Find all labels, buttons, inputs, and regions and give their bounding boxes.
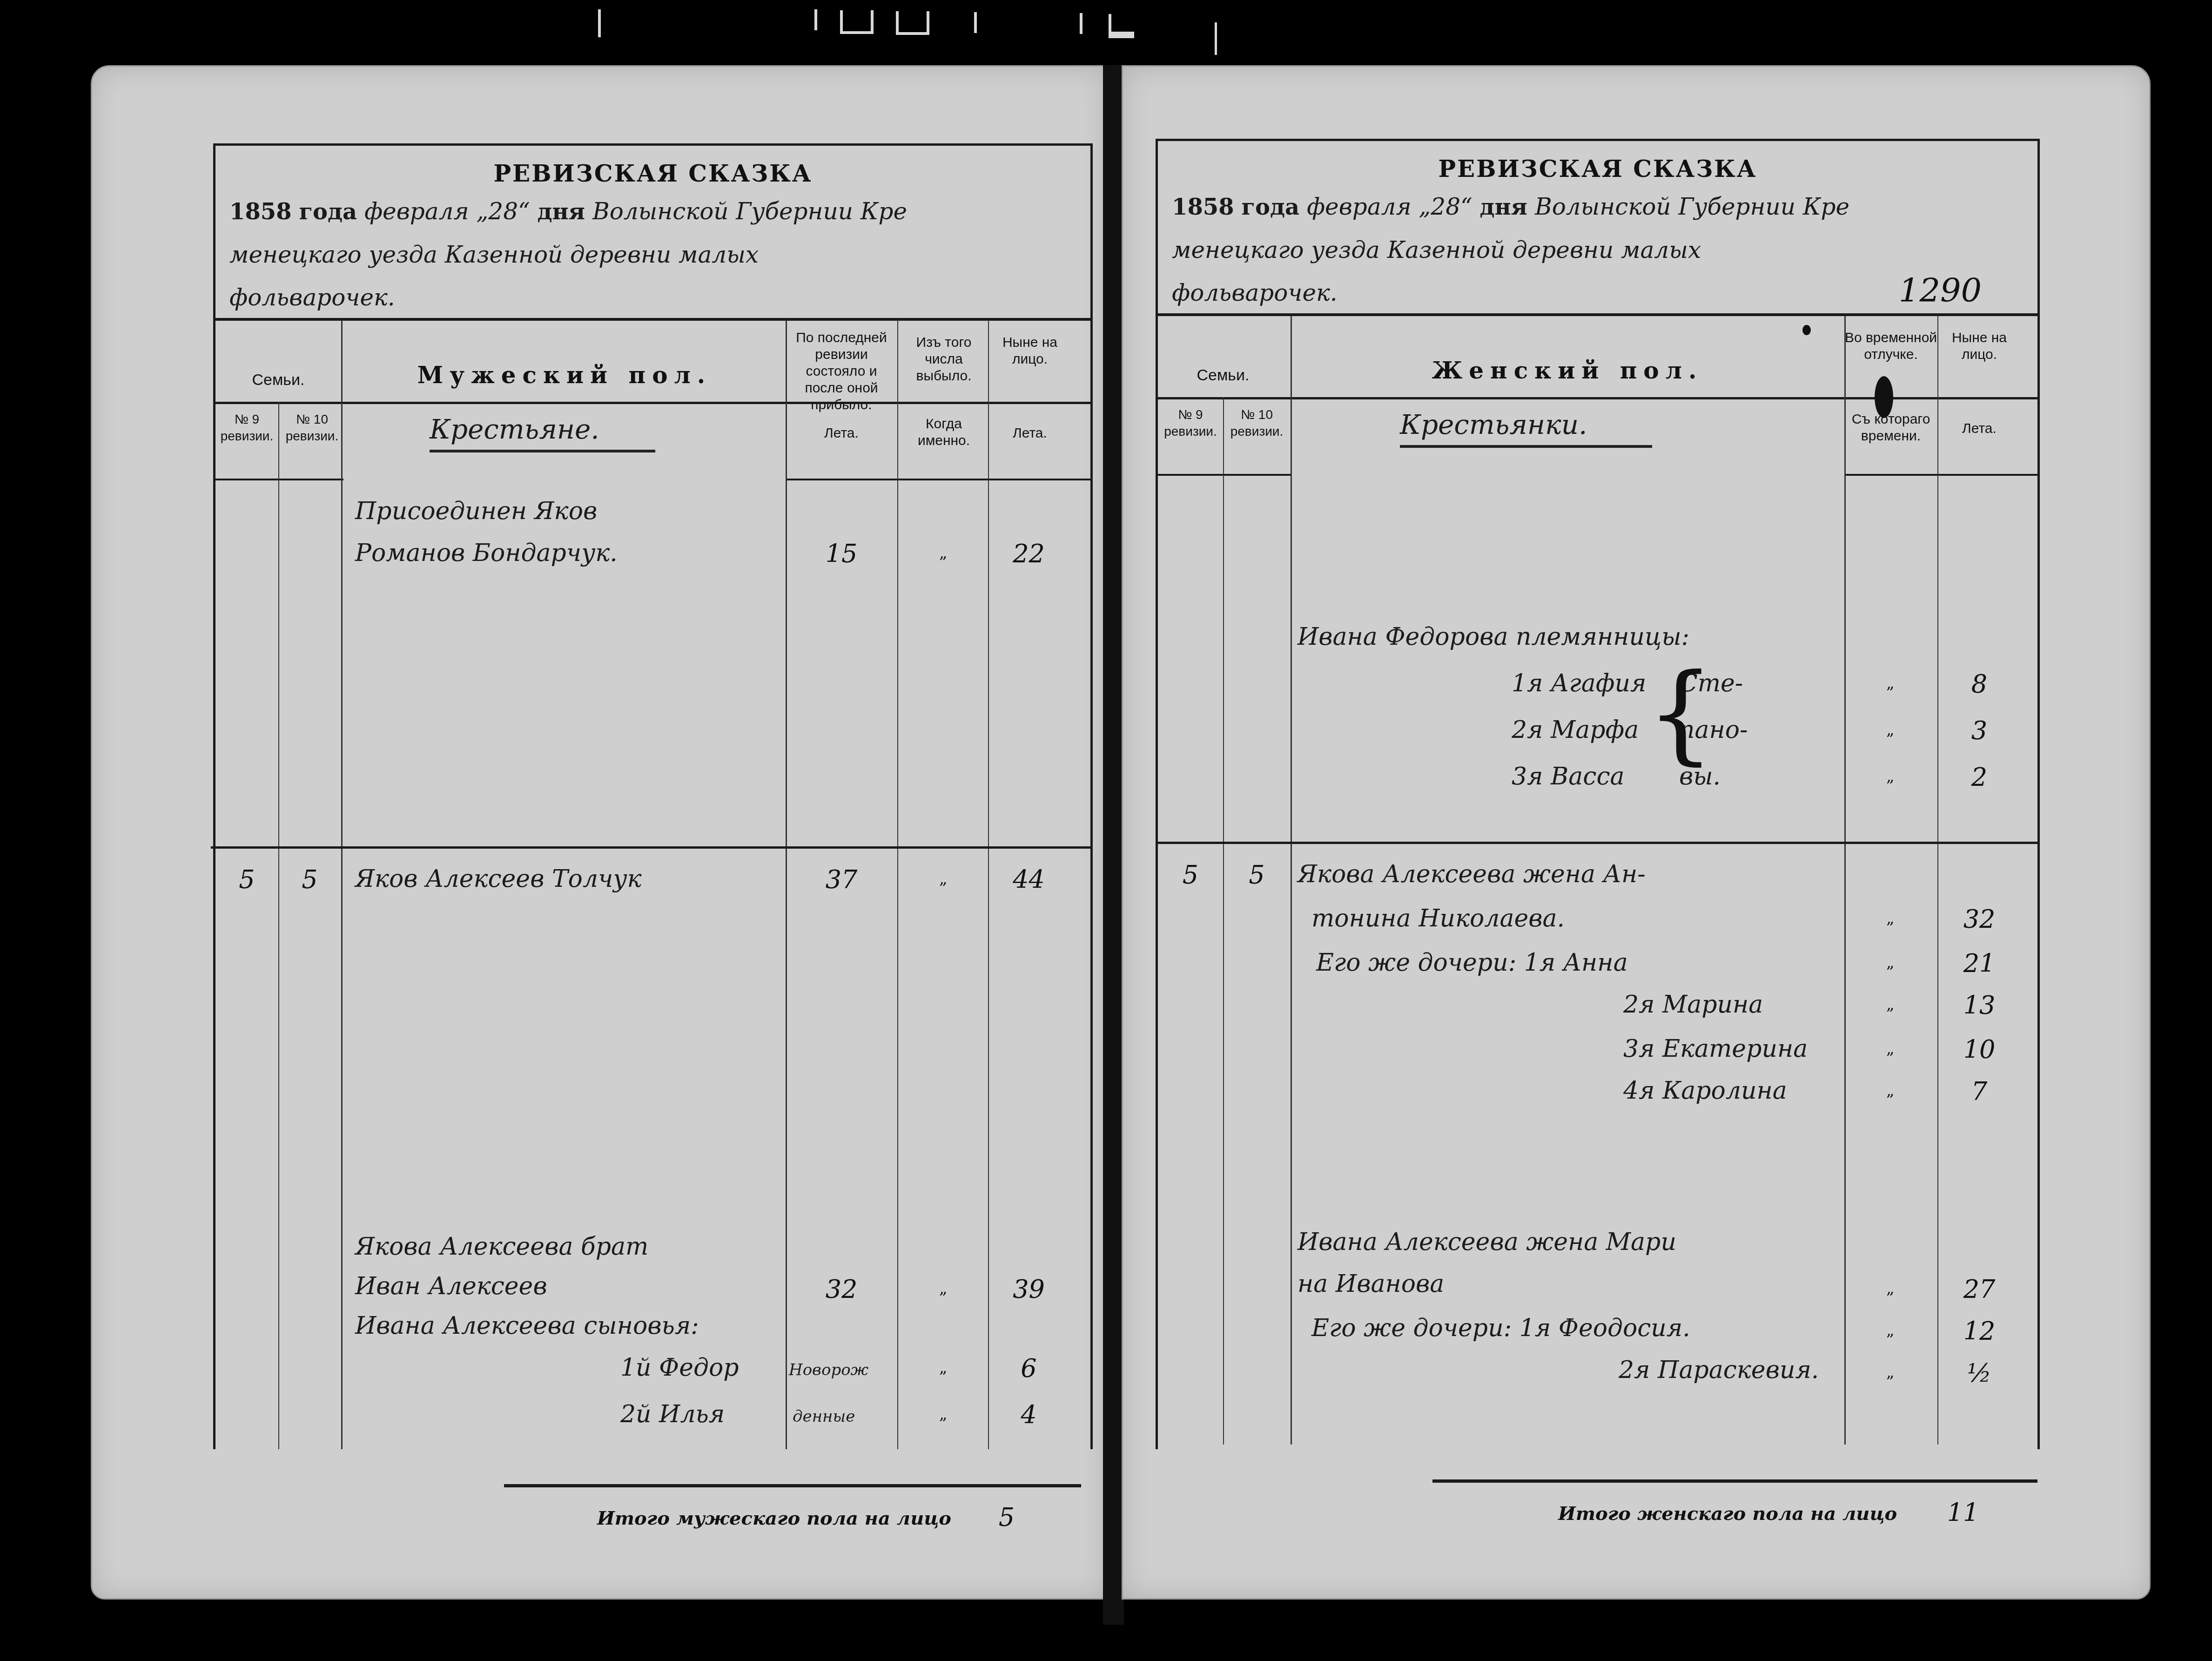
present-age: 32 (1940, 905, 2019, 934)
ditto-mark: „ (1886, 1040, 1895, 1058)
present-age: 13 (1940, 991, 2019, 1020)
year: 1858 (1172, 194, 1234, 220)
left-form-frame: РЕВИЗСКАЯ СКАЗКА 1858 года февраля „28“ … (213, 143, 1093, 1449)
last-rev-age: 15 (786, 539, 897, 568)
present-age: 8 (1940, 669, 2019, 699)
rev9-header: № 9 ревизии. (1158, 406, 1223, 440)
newborn-note: денные (793, 1407, 855, 1426)
present-age: 3 (1940, 716, 2019, 745)
temp-absent-header: Во временной отлучке. (1844, 330, 1937, 363)
female-total-value: 11 (1940, 1498, 1986, 1527)
entry-name: тонина Николаева. (1311, 905, 1565, 932)
right-intro: 1858 года февраля „28“ дня Волынской Губ… (1172, 185, 2019, 314)
present-age: 44 (988, 865, 1069, 894)
ditto-mark: „ (1886, 1081, 1895, 1100)
day: „28“ (476, 198, 530, 225)
province: Волынской Губернии Кре (592, 198, 907, 225)
ditto-mark: „ (939, 1405, 948, 1424)
book-spine (1103, 65, 1124, 1625)
right-header: РЕВИЗСКАЯ СКАЗКА 1858 года февраля „28“ … (1158, 141, 2037, 316)
entry-name: 1й Федор (620, 1354, 739, 1382)
present-years-header: Лета. (1940, 420, 2019, 437)
ditto-mark: „ (1886, 1279, 1895, 1298)
ditto-mark: „ (1886, 1321, 1895, 1340)
left-header: РЕВИЗСКАЯ СКАЗКА 1858 года февраля „28“ … (215, 146, 1090, 321)
present-age: 4 (988, 1400, 1069, 1430)
right-table-body: Ивана Федорова племянницы: 1я Агафия Сте… (1158, 483, 2037, 1449)
present-age: 22 (988, 539, 1069, 568)
left-table-body: Присоединен Яков Романов Бондарчук. 15 „… (215, 488, 1090, 1449)
left-intro: 1858 года февраля „28“ дня Волынской Губ… (229, 190, 1076, 319)
day-label: дня (537, 199, 585, 225)
departed-when-header: Когда именно. (900, 416, 988, 449)
newborn-note: Новорож (789, 1361, 868, 1379)
ink-dot (1802, 325, 1811, 335)
district-line: менецкаго уезда Казенной деревни малых (1172, 229, 2019, 271)
female-sex-header: Женский пол. (1291, 362, 1844, 379)
rev9-number: 5 (1158, 860, 1223, 890)
archive-file-number: 1290 (1899, 271, 1982, 310)
entry-name: 2я Марина (1623, 991, 1763, 1019)
present-age: 10 (1940, 1035, 2019, 1064)
ditto-mark: „ (939, 1279, 948, 1298)
right-table-header: Семьи. Женский пол. Во временной отлучке… (1158, 316, 2037, 483)
ditto-mark: „ (1886, 767, 1895, 786)
present-header: Ныне на лицо. (1940, 330, 2019, 363)
since-when-header: Съ котораго времени. (1844, 411, 1937, 445)
month: февраля (1307, 193, 1412, 220)
day: „28“ (1419, 193, 1472, 220)
left-table-header: Семьи. Мужеский пол. По последней ревизи… (215, 320, 1090, 488)
ditto-mark: „ (1886, 1363, 1895, 1382)
entry-name: Якова Алексеева жена Ан- (1298, 860, 1646, 888)
right-page-title: РЕВИЗСКАЯ СКАЗКА (1158, 155, 2037, 182)
male-total-label: Итого мужескаго пола на лицо (597, 1507, 951, 1529)
ink-blot (1875, 376, 1893, 418)
rev10-header: № 10 ревизии. (1223, 406, 1291, 440)
year: 1858 (229, 199, 292, 225)
entry-name: Яков Алексеев Толчук (355, 865, 642, 893)
entry-name: на Иванова (1298, 1270, 1444, 1298)
month: февраля (364, 198, 469, 225)
entry-name: 2я Марфа (1512, 716, 1639, 744)
ditto-mark: „ (1886, 909, 1895, 928)
families-header: Семьи. (215, 371, 341, 388)
families-header: Семьи. (1158, 367, 1288, 384)
ditto-mark: „ (939, 1358, 948, 1377)
ditto-mark: „ (1886, 721, 1895, 739)
present-age: 21 (1940, 949, 2019, 978)
present-age: ½ (1940, 1358, 2019, 1388)
year-label: года (1242, 194, 1300, 220)
province: Волынской Губернии Кре (1535, 193, 1849, 220)
day-label: дня (1479, 194, 1527, 220)
entry-name: Ивана Алексеева сыновья: (355, 1312, 699, 1340)
last-rev-years-header: Лета. (786, 425, 897, 442)
entry-name: Ивана Алексеева жена Мари (1298, 1228, 1676, 1256)
present-header: Ныне на лицо. (990, 334, 1069, 368)
village-line: фольварочек. (1172, 271, 2019, 314)
left-page: РЕВИЗСКАЯ СКАЗКА 1858 года февраля „28“ … (91, 65, 1108, 1600)
rev10-number: 5 (278, 865, 341, 894)
right-page: РЕВИЗСКАЯ СКАЗКА 1858 года февраля „28“ … (1122, 65, 2151, 1600)
entry-name: Присоединен Яков (355, 497, 597, 525)
entry-name: Его же дочери: 1я Анна (1316, 949, 1628, 977)
entry-name: Якова Алексеева брат (355, 1233, 648, 1261)
present-age: 6 (988, 1354, 1069, 1383)
year-label: года (299, 199, 357, 225)
male-sex-header: Мужеский пол. (343, 367, 786, 384)
entry-name: 1я Агафия (1512, 669, 1646, 697)
present-age: 12 (1940, 1317, 2019, 1346)
present-years-header: Лета. (990, 425, 1069, 442)
class-label: Крестьяне. (430, 413, 655, 452)
male-total-value: 5 (988, 1503, 1025, 1532)
class-label: Крестьянки. (1400, 409, 1652, 448)
ditto-mark: „ (1886, 953, 1895, 972)
departed-header: Изъ того числа выбыло. (900, 334, 988, 385)
ditto-mark: „ (939, 870, 948, 888)
rev9-number: 5 (215, 865, 278, 894)
last-rev-age: 32 (786, 1275, 897, 1304)
present-age: 39 (988, 1275, 1069, 1304)
entry-name: 3я Екатерина (1623, 1035, 1808, 1063)
entry-name: 2я Параскевия. (1619, 1356, 1819, 1384)
ditto-mark: „ (1886, 674, 1895, 693)
entry-name: Иван Алексеев (355, 1272, 547, 1300)
rev9-header: № 9 ревизии. (215, 411, 278, 445)
film-edge-marks (0, 0, 2212, 56)
entry-name: Ивана Федорова племянницы: (1298, 623, 1689, 651)
rev10-header: № 10 ревизии. (281, 411, 343, 445)
last-rev-age: 37 (786, 865, 897, 894)
female-total-label: Итого женскаго пола на лицо (1558, 1503, 1897, 1525)
entry-name: 4я Каролина (1623, 1077, 1787, 1105)
entry-name: Его же дочери: 1я Феодосия. (1311, 1314, 1690, 1342)
ditto-mark: „ (1886, 995, 1895, 1014)
right-form-frame: РЕВИЗСКАЯ СКАЗКА 1858 года февраля „28“ … (1156, 139, 2040, 1449)
last-revision-header: По последней ревизии состояло и после он… (786, 330, 897, 413)
present-age: 7 (1940, 1077, 2019, 1106)
left-page-title: РЕВИЗСКАЯ СКАЗКА (215, 160, 1090, 187)
ditto-mark: „ (939, 544, 948, 562)
entry-name: Романов Бондарчук. (355, 539, 618, 567)
grouping-brace: { (1647, 660, 1714, 767)
entry-name: 2й Илья (620, 1400, 725, 1428)
rev10-number: 5 (1223, 860, 1291, 890)
present-age: 27 (1940, 1275, 2019, 1304)
entry-name: 3я Васса (1512, 763, 1625, 790)
open-register-book: РЕВИЗСКАЯ СКАЗКА 1858 года февраля „28“ … (91, 65, 2148, 1625)
present-age: 2 (1940, 763, 2019, 792)
village-line: фольварочек. (229, 276, 1076, 319)
district-line: менецкаго уезда Казенной деревни малых (229, 233, 1076, 276)
